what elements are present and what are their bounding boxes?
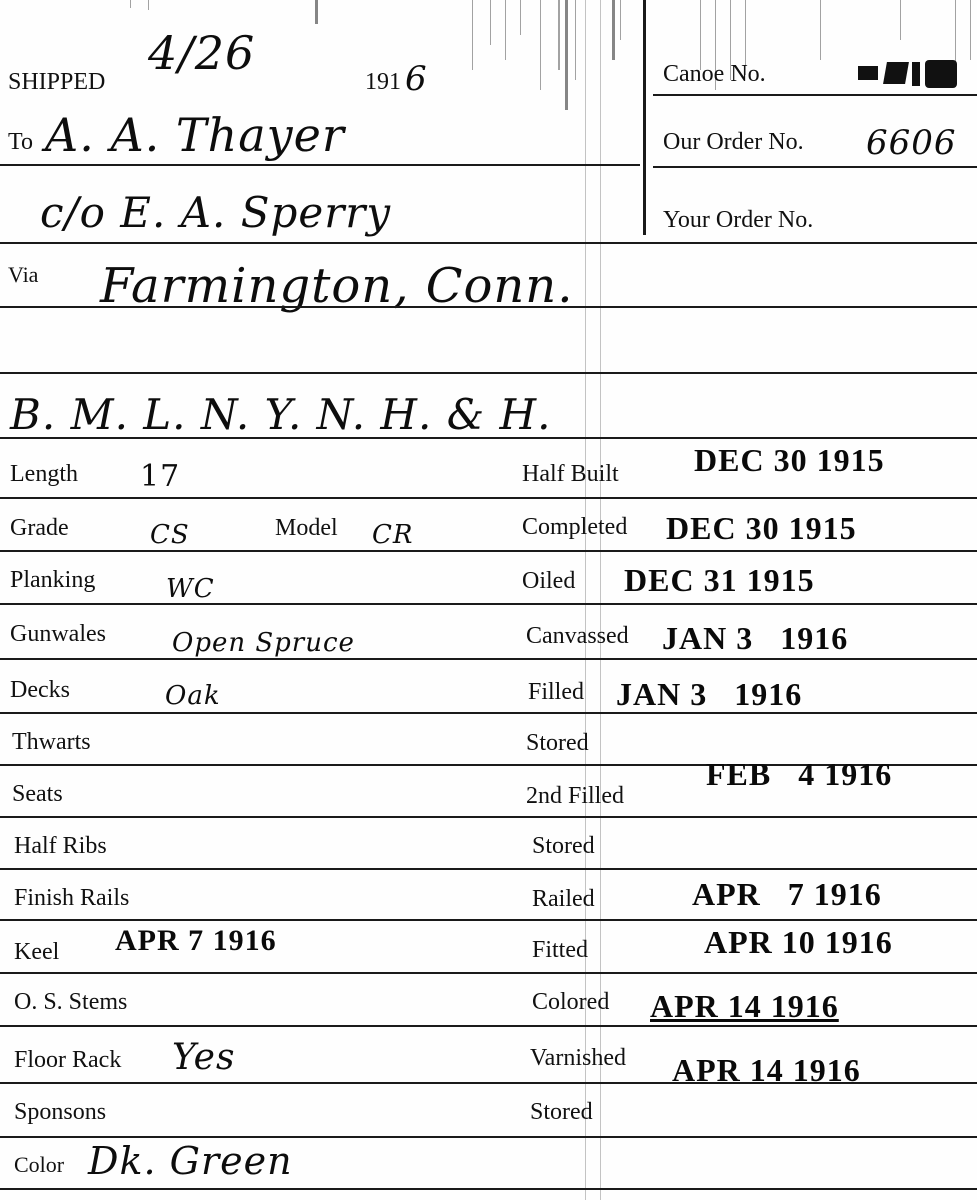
progress-date-stamp: DEC 31 1915 xyxy=(624,564,815,596)
progress-label: 2nd Filled xyxy=(526,784,624,808)
canoe-no-label: Canoe No. xyxy=(663,62,766,86)
progress-date-stamp: APR 10 1916 xyxy=(704,926,893,958)
progress-date-stamp: APR 14 1916 xyxy=(672,1054,861,1086)
progress-label: Railed xyxy=(532,887,595,911)
spec-label: Planking xyxy=(10,568,95,592)
spec-value: 17 xyxy=(140,462,180,492)
progress-label: Stored xyxy=(526,731,589,755)
spec-value: Yes xyxy=(172,1040,235,1076)
keel-date-stamp: APR 7 1916 xyxy=(115,926,277,956)
spec-label: Floor Rack xyxy=(14,1048,121,1072)
spec-label: Sponsons xyxy=(14,1100,106,1124)
to-line1: A. A. Thayer xyxy=(45,112,345,158)
our-order-value: 6606 xyxy=(866,126,957,160)
spec-label: Finish Rails xyxy=(14,886,129,910)
spec-label: Keel xyxy=(14,940,59,964)
shipped-date: 4/26 xyxy=(148,30,255,76)
spec-label: O. S. Stems xyxy=(14,990,127,1014)
to-label: To xyxy=(8,130,33,154)
via-label: Via xyxy=(8,264,38,286)
spec-label: Length xyxy=(10,462,78,486)
year-handwritten: 6 xyxy=(405,62,428,96)
spec-value: Oak xyxy=(165,683,221,709)
via-value: Farmington, Conn. xyxy=(100,262,573,310)
spec-label: Decks xyxy=(10,678,70,702)
spec-label: Grade xyxy=(10,516,69,540)
progress-date-stamp: APR 7 1916 xyxy=(692,878,882,910)
progress-date-stamp: FEB 4 1916 xyxy=(706,758,892,790)
progress-label: Filled xyxy=(528,680,584,704)
spec-label: Gunwales xyxy=(10,622,106,646)
year-printed: 191 xyxy=(365,70,401,94)
to-line2: c/o E. A. Sperry xyxy=(40,192,391,234)
progress-label: Completed xyxy=(522,515,627,539)
progress-date-stamp: DEC 30 1915 xyxy=(694,444,885,476)
progress-label: Fitted xyxy=(532,938,588,962)
model-label: Model xyxy=(275,516,338,540)
spec-value: WC xyxy=(166,576,215,602)
progress-label: Oiled xyxy=(522,569,575,593)
progress-label: Colored xyxy=(532,990,609,1014)
spec-value: Dk. Green xyxy=(88,1142,293,1180)
model-value: CR xyxy=(372,522,413,548)
progress-date-stamp: DEC 30 1915 xyxy=(666,512,857,544)
progress-label: Varnished xyxy=(530,1046,626,1070)
progress-date-stamp: APR 14 1916 xyxy=(650,990,839,1022)
spec-label: Half Ribs xyxy=(14,834,107,858)
spec-label: Color xyxy=(14,1154,64,1176)
your-order-label: Your Order No. xyxy=(663,208,813,232)
spec-value: Open Spruce xyxy=(172,630,355,656)
progress-label: Stored xyxy=(530,1100,593,1124)
our-order-label: Our Order No. xyxy=(663,130,804,154)
shipped-label: SHIPPED xyxy=(8,70,105,94)
routing-line: B. M. L. N. Y. N. H. & H. xyxy=(10,394,551,436)
progress-label: Stored xyxy=(532,834,595,858)
spec-value: CS xyxy=(150,522,190,548)
progress-label: Half Built xyxy=(522,462,619,486)
progress-label: Canvassed xyxy=(526,624,629,648)
spec-label: Thwarts xyxy=(12,730,91,754)
progress-date-stamp: JAN 3 1916 xyxy=(662,622,848,654)
spec-label: Seats xyxy=(12,782,63,806)
progress-date-stamp: JAN 3 1916 xyxy=(616,678,802,710)
